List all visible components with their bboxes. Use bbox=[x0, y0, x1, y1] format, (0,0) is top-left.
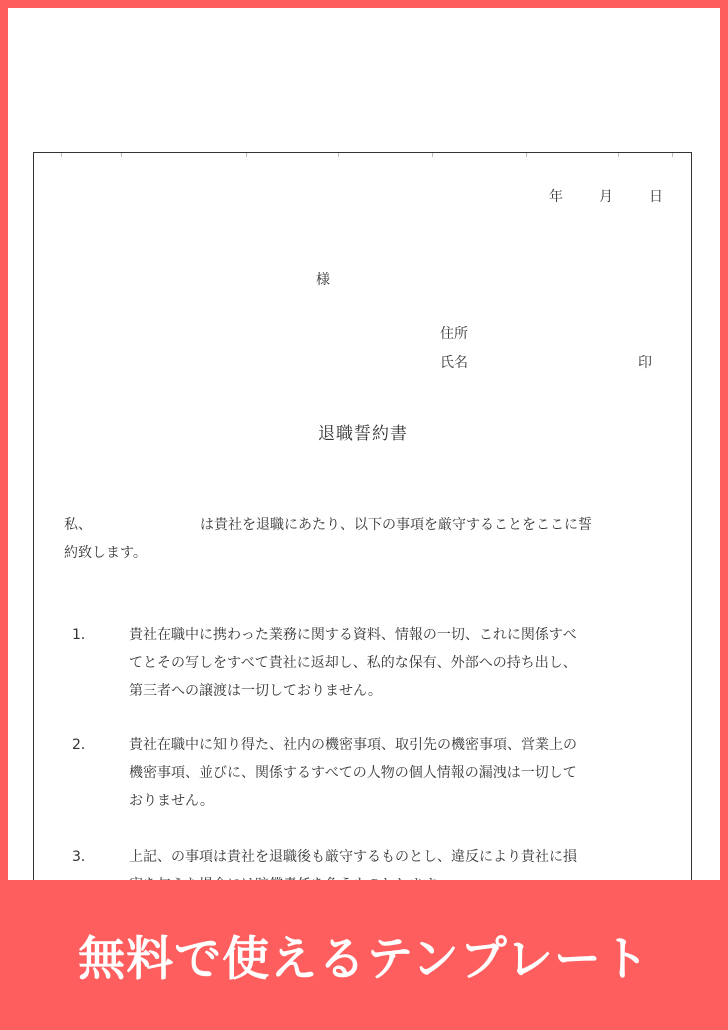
item-line: 機密事項、並びに、関係するすべての人物の個人情報の漏洩は一切して bbox=[129, 759, 669, 787]
ruler-tick bbox=[526, 153, 527, 157]
ruler-tick bbox=[246, 153, 247, 157]
item-line: おりません。 bbox=[129, 787, 669, 815]
item-number: 1． bbox=[72, 621, 95, 649]
document-page: 年 月 日 様 住所 氏名 印 退職誓約書 私、 は貴社を退職にあたり、以下の事… bbox=[33, 152, 692, 913]
item-number: 3． bbox=[72, 843, 95, 871]
ruler-tick bbox=[338, 153, 339, 157]
recipient-suffix: 様 bbox=[316, 269, 330, 289]
ruler-tick bbox=[618, 153, 619, 157]
ruler-tick bbox=[432, 153, 433, 157]
address-label: 住所 bbox=[440, 323, 468, 343]
intro-prefix: 私、 bbox=[64, 511, 92, 539]
banner-text: 無料で使えるテンプレート bbox=[78, 922, 650, 989]
ruler-tick bbox=[121, 153, 122, 157]
ruler-tick bbox=[672, 153, 673, 157]
item-number: 2． bbox=[72, 731, 95, 759]
intro-line2: 約致します。 bbox=[64, 539, 664, 567]
date-day: 日 bbox=[649, 186, 663, 206]
intro-line1: は貴社を退職にあたり、以下の事項を厳守することをここに誓 bbox=[200, 511, 592, 539]
ruler-tick bbox=[61, 153, 62, 157]
document-title: 退職誓約書 bbox=[318, 419, 408, 444]
item-line: 貴社在職中に携わった業務に関する資料、情報の一切、これに関係すべ bbox=[129, 621, 669, 649]
name-label: 氏名 bbox=[440, 352, 468, 372]
date-year: 年 bbox=[549, 186, 563, 206]
seal-label: 印 bbox=[638, 352, 652, 372]
item-line: てとその写しをすべて貴社に返却し、私的な保有、外部への持ち出し、 bbox=[129, 649, 669, 677]
intro-paragraph: 私、 は貴社を退職にあたり、以下の事項を厳守することをここに誓 約致します。 bbox=[64, 511, 664, 567]
date-month: 月 bbox=[599, 186, 613, 206]
item-line: 貴社在職中に知り得た、社内の機密事項、取引先の機密事項、営業上の bbox=[129, 731, 669, 759]
item-line: 上記、の事項は貴社を退職後も厳守するものとし、違反により貴社に損 bbox=[129, 843, 669, 871]
item-line: 第三者への譲渡は一切しておりません。 bbox=[129, 677, 669, 705]
template-banner: 無料で使えるテンプレート bbox=[0, 880, 728, 1030]
